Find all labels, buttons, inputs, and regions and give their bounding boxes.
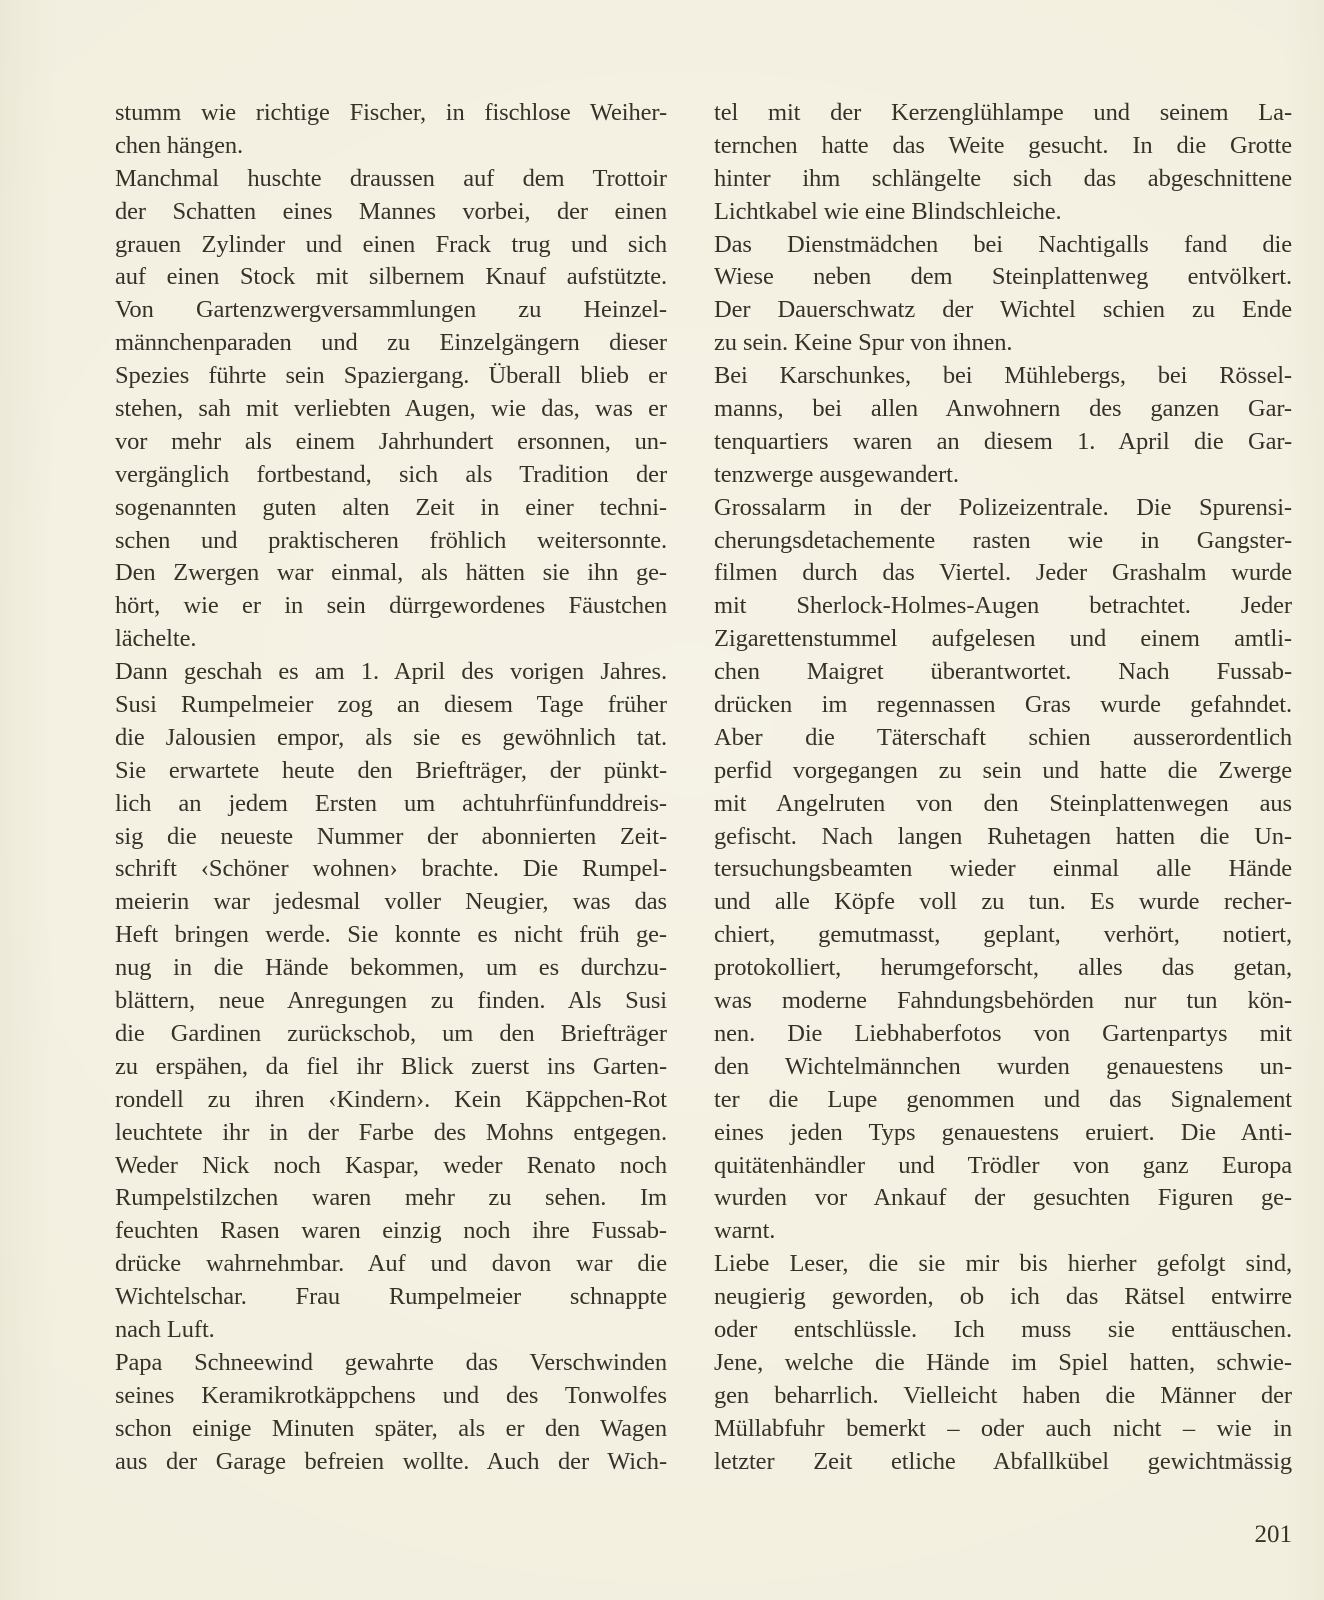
text-line: und alle Köpfe voll zu tun. Es wurde rec… [714, 886, 1292, 919]
text-line: Liebe Leser, die sie mir bis hierher gef… [714, 1248, 1292, 1281]
text-line: der Schatten eines Mannes vorbei, der ei… [115, 196, 667, 229]
right-column: tel mit der Kerzenglühlampe und seinem L… [714, 97, 1292, 1478]
text-line: Das Dienstmädchen bei Nachtigalls fand d… [714, 229, 1292, 262]
text-line: nach Luft. [115, 1314, 667, 1347]
text-line: schrift ‹Schöner wohnen› brachte. Die Ru… [115, 853, 667, 886]
text-line: meierin war jedesmal voller Neugier, was… [115, 886, 667, 919]
text-line: Jene, welche die Hände im Spiel hatten, … [714, 1347, 1292, 1380]
page-number: 201 [714, 1518, 1292, 1551]
text-line: oder entschlüssle. Ich muss sie enttäusc… [714, 1314, 1292, 1347]
text-line: Grossalarm in der Polizeizentrale. Die S… [714, 492, 1292, 525]
text-line: seines Keramikrotkäppchens und des Tonwo… [115, 1380, 667, 1413]
book-page: stumm wie richtige Fischer, in fischlose… [0, 0, 1324, 1600]
text-line: Zigarettenstummel aufgelesen und einem a… [714, 623, 1292, 656]
text-line: tenquartiers waren an diesem 1. April di… [714, 426, 1292, 459]
text-line: aus der Garage befreien wollte. Auch der… [115, 1446, 667, 1479]
text-line: feuchten Rasen waren einzig noch ihre Fu… [115, 1215, 667, 1248]
text-line: mit Angelruten von den Steinplattenwegen… [714, 788, 1292, 821]
text-line: was moderne Fahndungsbehörden nur tun kö… [714, 985, 1292, 1018]
text-line: chen hängen. [115, 130, 667, 163]
text-line: Susi Rumpelmeier zog an diesem Tage früh… [115, 689, 667, 722]
text-line: gefischt. Nach langen Ruhetagen hatten d… [714, 821, 1292, 854]
text-line: perfid vorgegangen zu sein und hatte die… [714, 755, 1292, 788]
text-line: vergänglich fortbestand, sich als Tradit… [115, 459, 667, 492]
text-line: auf einen Stock mit silbernem Knauf aufs… [115, 261, 667, 294]
text-line: rondell zu ihren ‹Kindern›. Kein Käppche… [115, 1084, 667, 1117]
text-line: hört, wie er in sein dürrgewordenes Fäus… [115, 590, 667, 623]
text-line: Papa Schneewind gewahrte das Verschwinde… [115, 1347, 667, 1380]
text-line: nug in die Hände bekommen, um es durchzu… [115, 952, 667, 985]
text-line: vor mehr als einem Jahrhundert ersonnen,… [115, 426, 667, 459]
text-line: gen beharrlich. Vielleicht haben die Män… [714, 1380, 1292, 1413]
text-line: Sie erwartete heute den Briefträger, der… [115, 755, 667, 788]
text-line: wurden vor Ankauf der gesuchten Figuren … [714, 1182, 1292, 1215]
text-line: Spezies führte sein Spaziergang. Überall… [115, 360, 667, 393]
text-line: stehen, sah mit verliebten Augen, wie da… [115, 393, 667, 426]
text-line: zu erspähen, da fiel ihr Blick zuerst in… [115, 1051, 667, 1084]
text-line: warnt. [714, 1215, 1292, 1248]
text-line: drücken im regennassen Gras wurde gefahn… [714, 689, 1292, 722]
text-line: hinter ihm schlängelte sich das abgeschn… [714, 163, 1292, 196]
text-line: Der Dauerschwatz der Wichtel schien zu E… [714, 294, 1292, 327]
text-line: quitätenhändler und Trödler von ganz Eur… [714, 1150, 1292, 1183]
text-line: Bei Karschunkes, bei Mühlebergs, bei Rös… [714, 360, 1292, 393]
text-line: Weder Nick noch Kaspar, weder Renato noc… [115, 1150, 667, 1183]
text-line: ter die Lupe genommen und das Signalemen… [714, 1084, 1292, 1117]
text-line: Rumpelstilzchen waren mehr zu sehen. Im [115, 1182, 667, 1215]
text-line: tersuchungsbeamten wieder einmal alle Hä… [714, 853, 1292, 886]
text-line: stumm wie richtige Fischer, in fischlose… [115, 97, 667, 130]
text-line: chen Maigret überantwortet. Nach Fussab- [714, 656, 1292, 689]
text-line: tel mit der Kerzenglühlampe und seinem L… [714, 97, 1292, 130]
text-line: schon einige Minuten später, als er den … [115, 1413, 667, 1446]
text-line: die Jalousien empor, als sie es gewöhnli… [115, 722, 667, 755]
text-line: lich an jedem Ersten um achtuhrfünfunddr… [115, 788, 667, 821]
text-line: Wichtelschar. Frau Rumpelmeier schnappte [115, 1281, 667, 1314]
text-line: Wiese neben dem Steinplattenweg entvölke… [714, 261, 1292, 294]
text-line: chiert, gemutmasst, geplant, verhört, no… [714, 919, 1292, 952]
text-line: Müllabfuhr bemerkt – oder auch nicht – w… [714, 1413, 1292, 1446]
text-line: manns, bei allen Anwohnern des ganzen Ga… [714, 393, 1292, 426]
text-line: eines jeden Typs genauestens eruiert. Di… [714, 1117, 1292, 1150]
text-line: drücke wahrnehmbar. Auf und davon war di… [115, 1248, 667, 1281]
text-line: Lichtkabel wie eine Blindschleiche. [714, 196, 1292, 229]
text-line: Manchmal huschte draussen auf dem Trotto… [115, 163, 667, 196]
text-line: sogenannten guten alten Zeit in einer te… [115, 492, 667, 525]
text-line: blättern, neue Anregungen zu finden. Als… [115, 985, 667, 1018]
text-line: neugierig geworden, ob ich das Rätsel en… [714, 1281, 1292, 1314]
text-line: männchenparaden und zu Einzelgängern die… [115, 327, 667, 360]
text-line: grauen Zylinder und einen Frack trug und… [115, 229, 667, 262]
text-line: cherungsdetachemente rasten wie in Gangs… [714, 525, 1292, 558]
text-line: zu sein. Keine Spur von ihnen. [714, 327, 1292, 360]
text-line: filmen durch das Viertel. Jeder Grashalm… [714, 557, 1292, 590]
text-line: lächelte. [115, 623, 667, 656]
text-line: mit Sherlock-Holmes-Augen betrachtet. Je… [714, 590, 1292, 623]
text-line: leuchtete ihr in der Farbe des Mohns ent… [115, 1117, 667, 1150]
left-column: stumm wie richtige Fischer, in fischlose… [115, 97, 667, 1478]
text-line: sig die neueste Nummer der abonnierten Z… [115, 821, 667, 854]
text-line: letzter Zeit etliche Abfallkübel gewicht… [714, 1446, 1292, 1479]
text-line: protokolliert, herumgeforscht, alles das… [714, 952, 1292, 985]
text-line: schen und praktischeren fröhlich weiters… [115, 525, 667, 558]
text-line: die Gardinen zurückschob, um den Brieftr… [115, 1018, 667, 1051]
text-line: den Wichtelmännchen wurden genauestens u… [714, 1051, 1292, 1084]
text-line: Heft bringen werde. Sie konnte es nicht … [115, 919, 667, 952]
text-line: Dann geschah es am 1. April des vorigen … [115, 656, 667, 689]
text-line: Den Zwergen war einmal, als hätten sie i… [115, 557, 667, 590]
text-line: Von Gartenzwergversammlungen zu Heinzel- [115, 294, 667, 327]
text-line: Aber die Täterschaft schien ausserordent… [714, 722, 1292, 755]
text-line: tenzwerge ausgewandert. [714, 459, 1292, 492]
text-line: nen. Die Liebhaberfotos von Gartenpartys… [714, 1018, 1292, 1051]
text-line: ternchen hatte das Weite gesucht. In die… [714, 130, 1292, 163]
